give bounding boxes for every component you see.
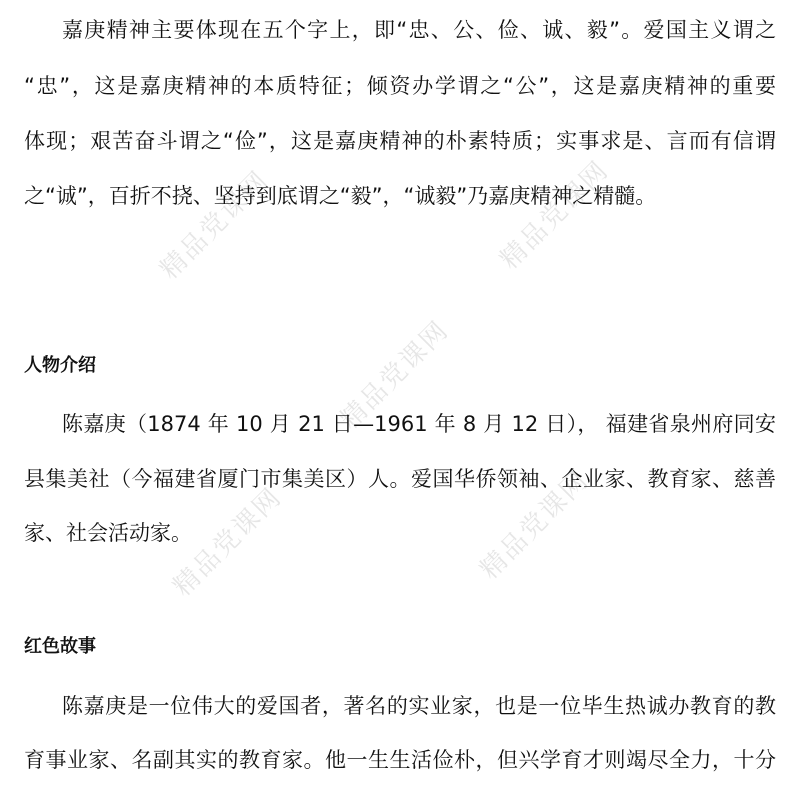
text-line: 体现；艰苦奋斗谓之“俭”，这是嘉庚精神的朴素特质；实事求是、言而有信谓	[24, 127, 776, 155]
text-line: 嘉庚精神主要体现在五个字上，即“忠、公、俭、诚、毅”。爱国主义谓之	[62, 16, 776, 44]
text-line: 陈嘉庚是一位伟大的爱国者，著名的实业家，也是一位毕生热诚办教育的教	[62, 692, 776, 720]
text-line: 陈嘉庚（1874 年 10 月 21 日—1961 年 8 月 12 日）， 福…	[62, 410, 776, 438]
section-heading-red-story: 红色故事	[24, 635, 96, 659]
document-content: 嘉庚精神主要体现在五个字上，即“忠、公、俭、诚、毅”。爱国主义谓之 “忠”，这是…	[0, 0, 800, 800]
text-line: 之“诚”，百折不挠、坚持到底谓之“毅”，“诚毅”乃嘉庚精神之精髓。	[24, 182, 776, 210]
document-page: 精品党课网 精品党课网 精品党课网 精品党课网 精品党课网 嘉庚精神主要体现在五…	[0, 0, 800, 800]
text-line: 县集美社（今福建省厦门市集美区）人。爱国华侨领袖、企业家、教育家、慈善	[24, 465, 776, 493]
text-line: “忠”，这是嘉庚精神的本质特征；倾资办学谓之“公”，这是嘉庚精神的重要	[24, 72, 776, 100]
text-line: 育事业家、名副其实的教育家。他一生生活俭朴，但兴学育才则竭尽全力，十分	[24, 746, 776, 774]
text-line: 家、社会活动家。	[24, 519, 776, 547]
section-heading-biography: 人物介绍	[24, 354, 96, 378]
